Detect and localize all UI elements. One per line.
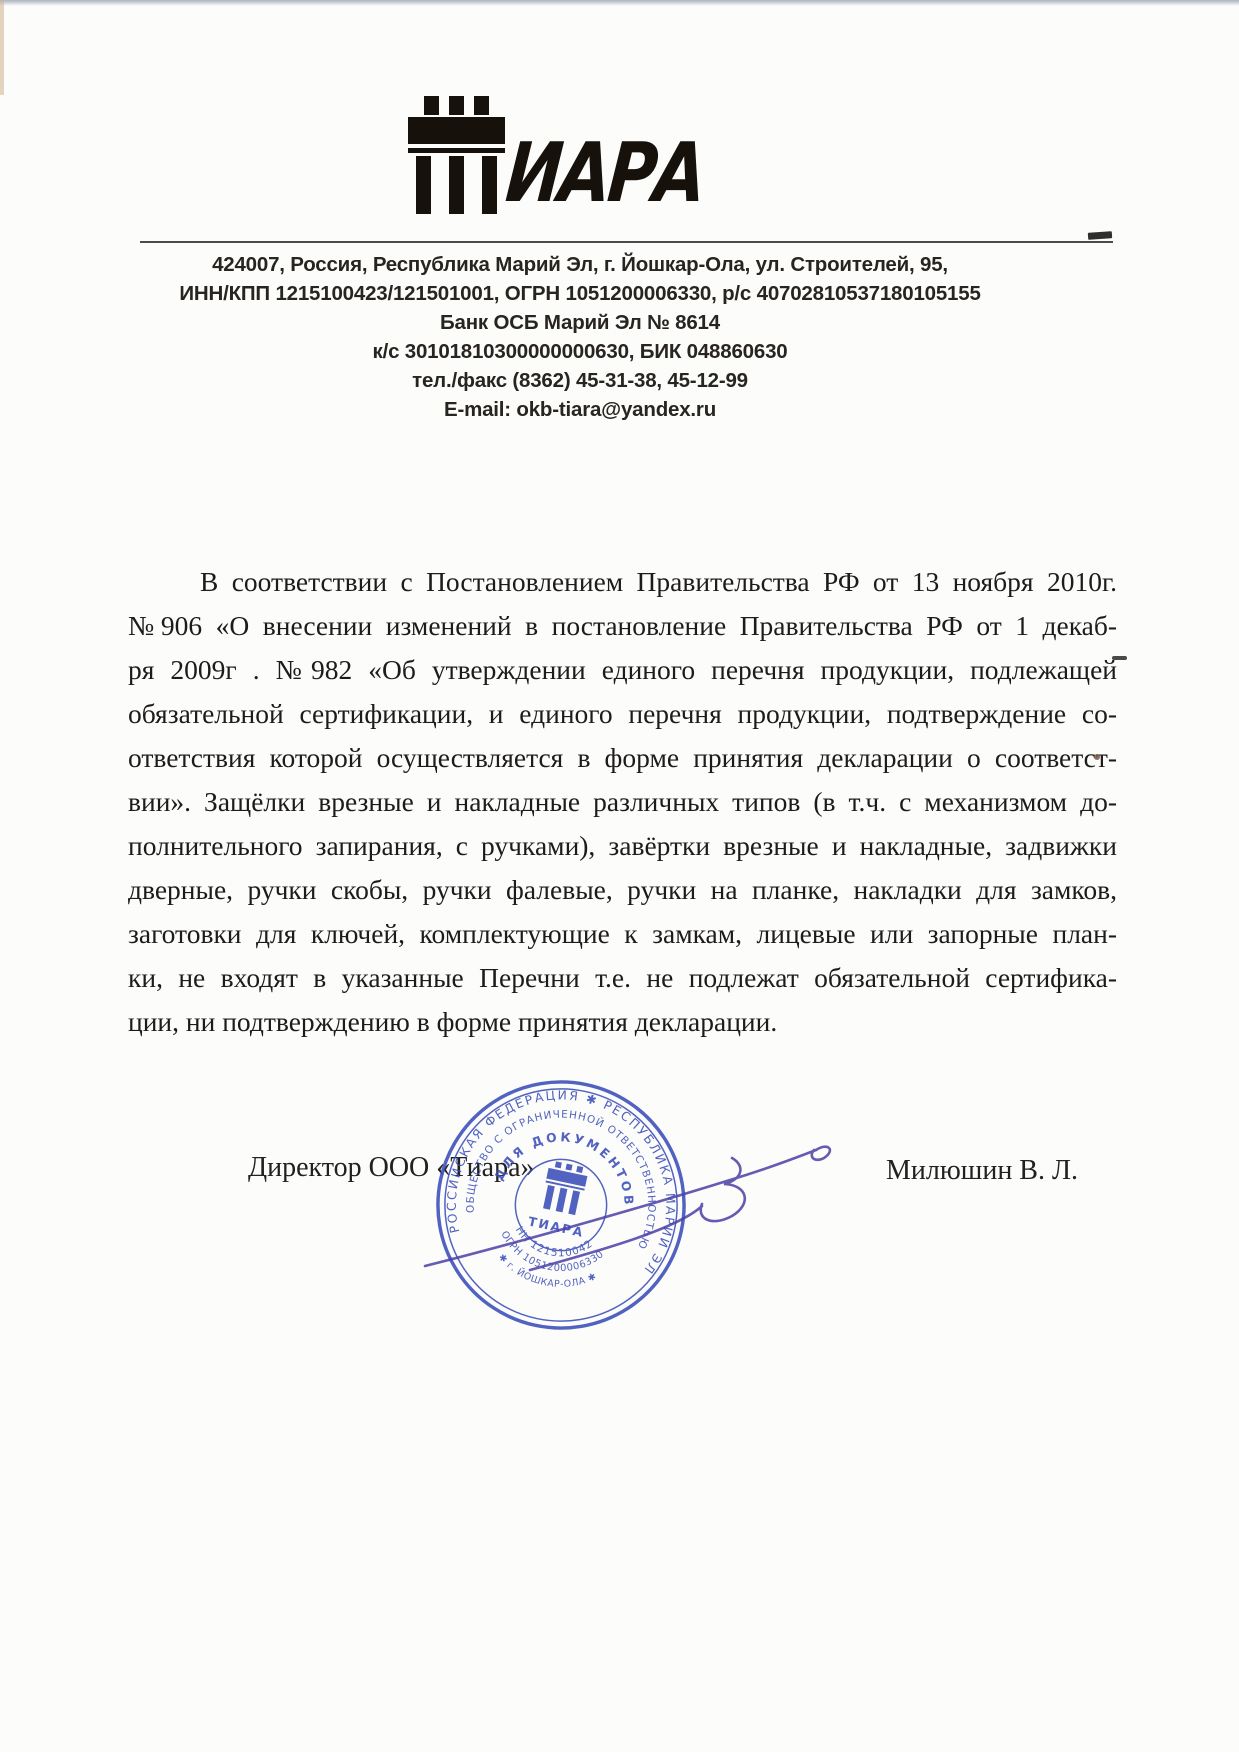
scan-edge-artifact [0, 0, 4, 95]
body-line: вии». Защёлки врезные и накладные различ… [128, 780, 1117, 824]
body-line: дверные, ручки скобы, ручки фалевые, руч… [128, 868, 1117, 912]
letterhead-line: Банк ОСБ Марий Эл № 8614 [0, 308, 1160, 337]
letterhead-line: E-mail: okb-tiara@yandex.ru [0, 395, 1160, 424]
handwritten-signature [380, 1030, 900, 1350]
letterhead-line: 424007, Россия, Республика Марий Эл, г. … [0, 250, 1160, 279]
scan-edge-artifact [0, 0, 1239, 6]
letterhead-line: к/с 30101810300000000630, БИК 048860630 [0, 337, 1160, 366]
body-line: ря 2009г . №982 «Об утверждении единого … [128, 648, 1117, 692]
scan-mark [1094, 754, 1100, 760]
letterhead-contact-block: 424007, Россия, Республика Марий Эл, г. … [0, 250, 1160, 424]
scan-mark [1088, 231, 1112, 240]
letterhead-line: ИНН/КПП 1215100423/121501001, ОГРН 10512… [0, 279, 1160, 308]
body-line: полнительного запирания, с ручками), зав… [128, 824, 1117, 868]
letterhead-line: тел./факс (8362) 45-31-38, 45-12-99 [0, 366, 1160, 395]
company-logo: ИАРА [408, 96, 743, 214]
letterhead-divider [140, 241, 1113, 243]
body-line: ки, не входят в указанные Перечни т.е. н… [128, 956, 1117, 1000]
director-name: Милюшин В. Л. [886, 1155, 1078, 1187]
body-line: заготовки для ключей, комплектующие к за… [128, 912, 1117, 956]
body-line: В соответствии с Постановлением Правител… [128, 560, 1117, 604]
body-line: №906 «О внесении изменений в постановлен… [128, 604, 1117, 648]
tiara-crown-icon [408, 96, 505, 214]
body-line: обязательной сертификации, и единого пер… [128, 692, 1117, 736]
brand-wordmark: ИАРА [503, 135, 706, 214]
letter-page: ИАРА 424007, Россия, Республика Марий Эл… [0, 0, 1239, 1752]
letter-body: В соответствии с Постановлением Правител… [128, 560, 1117, 1044]
body-line: ответствия которой осуществляется в форм… [128, 736, 1117, 780]
scan-mark [1112, 656, 1127, 660]
